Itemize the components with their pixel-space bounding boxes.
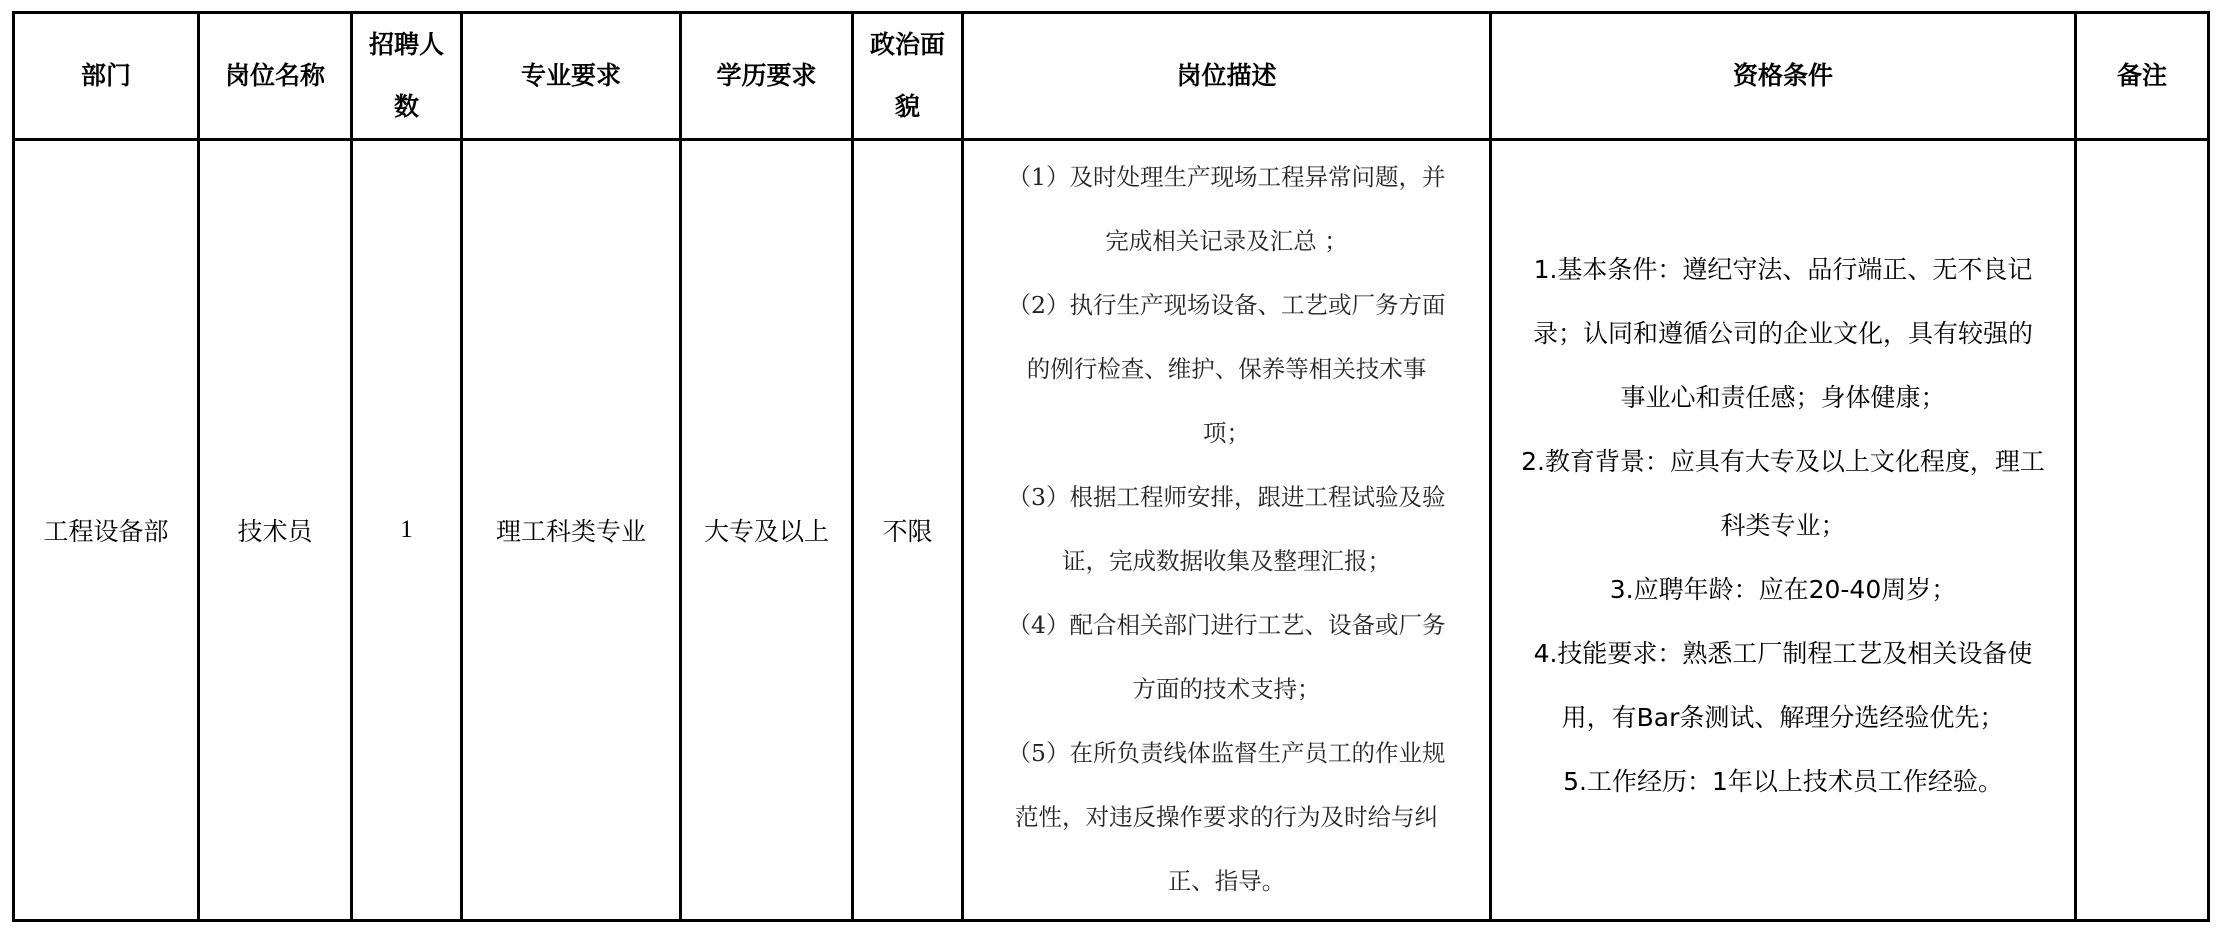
description-line: （4）配合相关部门进行工艺、设备或厂务 — [972, 593, 1481, 657]
cell-remarks — [2076, 140, 2209, 921]
qualification-line: 科类专业； — [1498, 494, 2068, 558]
qualifications-text: 1.基本条件：遵纪守法、品行端正、无不良记 录；认同和遵循公司的企业文化，具有较… — [1498, 238, 2068, 814]
qualification-line: 事业心和责任感；身体健康； — [1498, 366, 2068, 430]
cell-major: 理工科类专业 — [462, 140, 681, 921]
header-political-line-2: 貌 — [854, 76, 961, 138]
header-political-line-1: 政治面 — [854, 14, 961, 76]
header-position: 岗位名称 — [199, 13, 352, 140]
header-education: 学历要求 — [681, 13, 853, 140]
header-major: 专业要求 — [462, 13, 681, 140]
cell-position: 技术员 — [199, 140, 352, 921]
description-line: （5）在所负责线体监督生产员工的作业规 — [972, 721, 1481, 785]
job-description-text: （1）及时处理生产现场工程异常问题，并 完成相关记录及汇总 ； （2）执行生产现… — [972, 141, 1481, 919]
qualification-line: 2.教育背景：应具有大专及以上文化程度，理工 — [1498, 430, 2068, 494]
description-line: （3）根据工程师安排，跟进工程试验及验 — [972, 465, 1481, 529]
qualification-line: 1.基本条件：遵纪守法、品行端正、无不良记 — [1498, 238, 2068, 302]
qualification-line: 3.应聘年龄：应在20-40周岁； — [1498, 558, 2068, 622]
description-line: 的例行检查、维护、保养等相关技术事 — [972, 337, 1481, 401]
description-line: 方面的技术支持； — [972, 657, 1481, 721]
table-row: 工程设备部 技术员 1 理工科类专业 大专及以上 不限 （1）及时处理生产现场工… — [14, 140, 2209, 921]
qualification-line: 4.技能要求：熟悉工厂制程工艺及相关设备使 — [1498, 622, 2068, 686]
qualification-line: 录；认同和遵循公司的企业文化，具有较强的 — [1498, 302, 2068, 366]
header-headcount-line-1: 招聘人 — [353, 14, 460, 76]
description-line: 范性，对违反操作要求的行为及时给与纠 — [972, 785, 1481, 849]
cell-education: 大专及以上 — [681, 140, 853, 921]
description-line: 正、指导。 — [972, 849, 1481, 913]
header-political-status: 政治面 貌 — [853, 13, 963, 140]
description-line: 完成相关记录及汇总 ； — [972, 209, 1481, 273]
cell-department: 工程设备部 — [14, 140, 199, 921]
qualification-line: 5.工作经历：1年以上技术员工作经验。 — [1498, 750, 2068, 814]
description-line: （1）及时处理生产现场工程异常问题，并 — [972, 145, 1481, 209]
header-department: 部门 — [14, 13, 199, 140]
qualification-line: 用，有Bar条测试、解理分选经验优先； — [1498, 686, 2068, 750]
cell-qualifications: 1.基本条件：遵纪守法、品行端正、无不良记 录；认同和遵循公司的企业文化，具有较… — [1491, 140, 2076, 921]
header-row: 部门 岗位名称 招聘人 数 专业要求 学历要求 政治面 貌 岗位描述 资格条件 … — [14, 13, 2209, 140]
header-remarks: 备注 — [2076, 13, 2209, 140]
header-headcount: 招聘人 数 — [352, 13, 462, 140]
header-qualifications: 资格条件 — [1491, 13, 2076, 140]
description-line: （2）执行生产现场设备、工艺或厂务方面 — [972, 273, 1481, 337]
cell-job-description: （1）及时处理生产现场工程异常问题，并 完成相关记录及汇总 ； （2）执行生产现… — [963, 140, 1491, 921]
recruitment-table: 部门 岗位名称 招聘人 数 专业要求 学历要求 政治面 貌 岗位描述 资格条件 … — [12, 11, 2210, 922]
description-line: 证，完成数据收集及整理汇报； — [972, 529, 1481, 593]
description-line: 项； — [972, 401, 1481, 465]
cell-headcount: 1 — [352, 140, 462, 921]
header-headcount-line-2: 数 — [353, 76, 460, 138]
header-job-description: 岗位描述 — [963, 13, 1491, 140]
cell-political-status: 不限 — [853, 140, 963, 921]
